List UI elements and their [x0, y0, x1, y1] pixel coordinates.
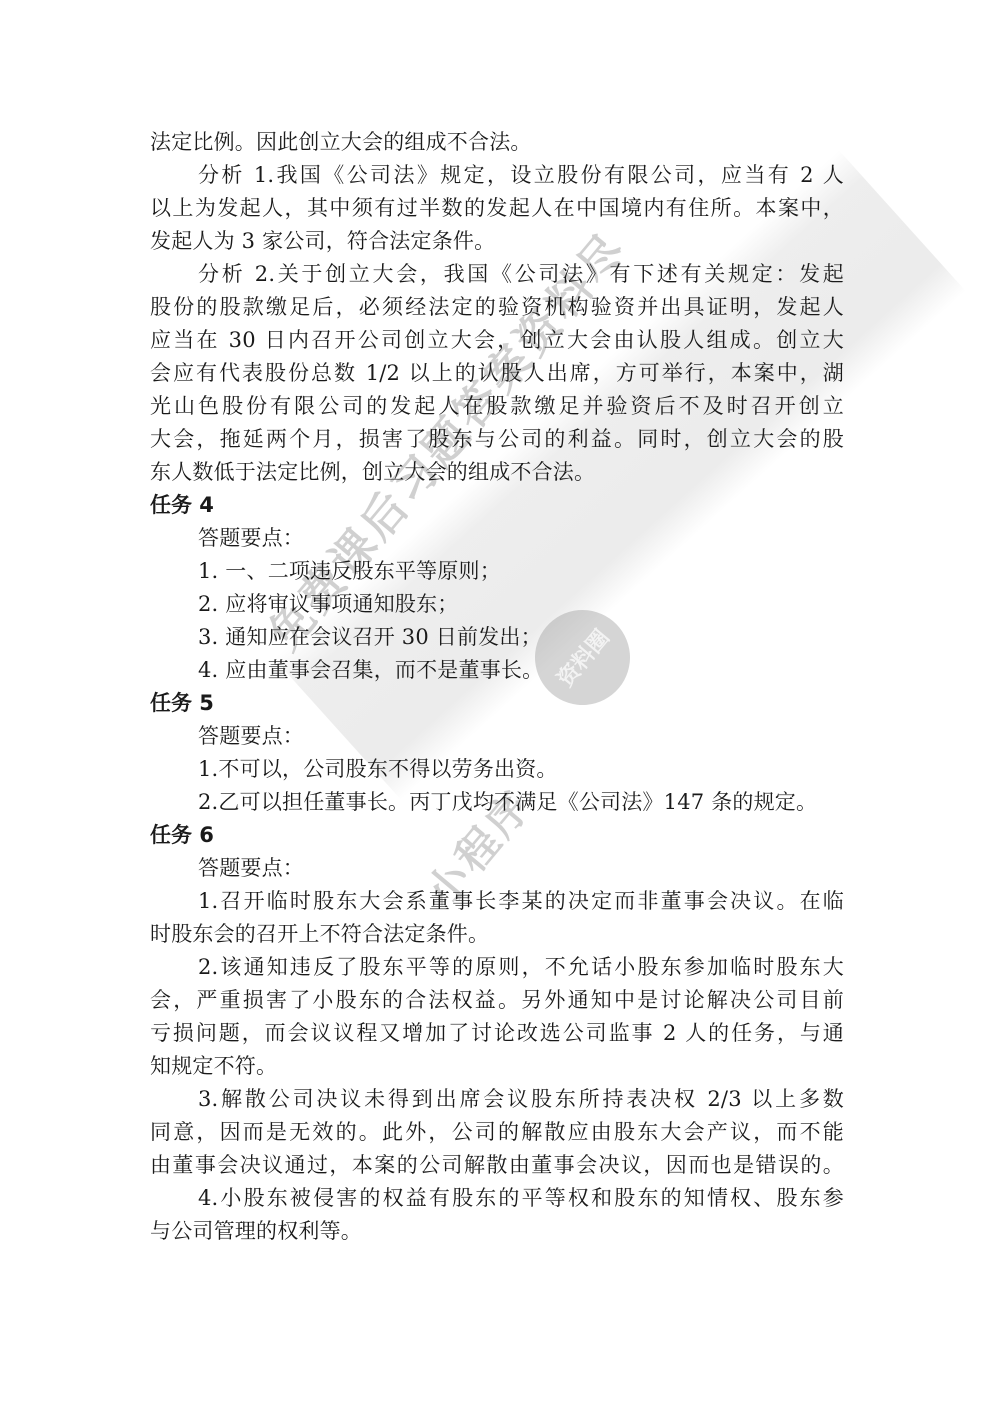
text-line: 2.该通知违反了股东平等的原则，不允话小股东参加临时股东大 [150, 951, 844, 984]
text-line: 1.召开临时股东大会系董事长李某的决定而非董事会决议。在临 [150, 885, 844, 918]
text-line: 亏损问题，而会议议程又增加了讨论改选公司监事 2 人的任务，与通 [150, 1017, 844, 1050]
text-line: 应当在 30 日内召开公司创立大会，创立大会由认股人组成。创立大 [150, 324, 844, 357]
text-line: 答题要点： [150, 852, 844, 885]
text-line: 答题要点： [150, 720, 844, 753]
text-line: 股份的股款缴足后，必须经法定的验资机构验资并出具证明，发起人 [150, 291, 844, 324]
document-page: 法定比例。因此创立大会的组成不合法。 分析 1.我国《公司法》规定，设立股份有限… [150, 126, 844, 1248]
list-item: 1.不可以，公司股东不得以劳务出资。 [150, 753, 844, 786]
list-item: 2.乙可以担任董事长。丙丁戊均不满足《公司法》147 条的规定。 [150, 786, 844, 819]
text-line: 法定比例。因此创立大会的组成不合法。 [150, 126, 844, 159]
section-heading-task-6: 任务 6 [150, 819, 844, 852]
list-item: 1. 一、二项违反股东平等原则； [150, 555, 844, 588]
text-line: 以上为发起人，其中须有过半数的发起人在中国境内有住所。本案中， [150, 192, 844, 225]
text-line: 3.解散公司决议未得到出席会议股东所持表决权 2/3 以上多数 [150, 1083, 844, 1116]
text-line: 由董事会决议通过，本案的公司解散由董事会决议，因而也是错误的。 [150, 1149, 844, 1182]
text-line: 会，严重损害了小股东的合法权益。另外通知中是讨论解决公司目前 [150, 984, 844, 1017]
text-line: 大会，拖延两个月，损害了股东与公司的利益。同时，创立大会的股 [150, 423, 844, 456]
text-line: 分析 2.关于创立大会，我国《公司法》有下述有关规定：发起 [150, 258, 844, 291]
text-line: 4.小股东被侵害的权益有股东的平等权和股东的知情权、股东参 [150, 1182, 844, 1215]
text-line: 光山色股份有限公司的发起人在股款缴足并验资后不及时召开创立 [150, 390, 844, 423]
list-item: 2. 应将审议事项通知股东； [150, 588, 844, 621]
text-line: 分析 1.我国《公司法》规定，设立股份有限公司，应当有 2 人 [150, 159, 844, 192]
section-heading-task-5: 任务 5 [150, 687, 844, 720]
text-line: 同意，因而是无效的。此外，公司的解散应由股东大会产议，而不能 [150, 1116, 844, 1149]
text-line: 发起人为 3 家公司，符合法定条件。 [150, 225, 844, 258]
text-line: 答题要点： [150, 522, 844, 555]
text-line: 会应有代表股份总数 1/2 以上的认股人出席，方可举行，本案中，湖 [150, 357, 844, 390]
list-item: 3. 通知应在会议召开 30 日前发出； [150, 621, 844, 654]
list-item: 4. 应由董事会召集，而不是董事长。 [150, 654, 844, 687]
text-line: 东人数低于法定比例，创立大会的组成不合法。 [150, 456, 844, 489]
text-line: 知规定不符。 [150, 1050, 844, 1083]
text-line: 与公司管理的权利等。 [150, 1215, 844, 1248]
section-heading-task-4: 任务 4 [150, 489, 844, 522]
text-line: 时股东会的召开上不符合法定条件。 [150, 918, 844, 951]
